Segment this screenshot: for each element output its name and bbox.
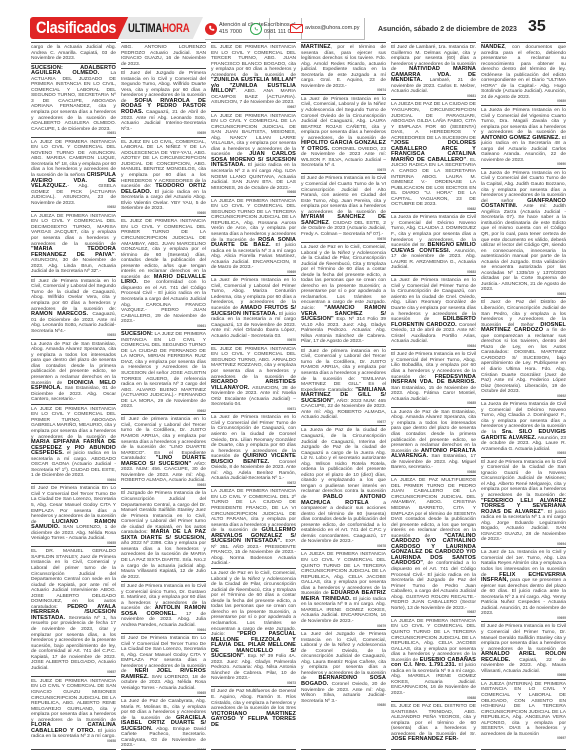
ad-text-pre: El Juez de Primera Instancia en lo Civil… — [31, 279, 116, 312]
ad-code: 00696 — [481, 674, 566, 678]
classified-ad: El Juez de Primera Instancia en lo Civil… — [121, 581, 206, 633]
classified-ad: NANDEZ, con documentos que acredita para… — [481, 42, 566, 105]
ad-text-pre: La Juez del Juzgado de Primera Instancia… — [301, 632, 386, 681]
ad-text-post: año 2022 Nº 2398. Cita y emplaza por ses… — [121, 541, 206, 579]
classified-ad: La Jueza de Primera Instancia de Civil y… — [481, 399, 566, 456]
classified-ad: cargo de la Actuaria Judicial Abg. Andre… — [31, 42, 116, 63]
ad-code: 00658 — [31, 740, 116, 744]
ad-code: 00661 — [121, 325, 206, 329]
classified-ad: LA JUEZ DE PRIMERA INSTANCIA EN LO CIVIL… — [31, 137, 116, 211]
classified-ad: El Juez de Paz Multifueros de General E.… — [211, 686, 296, 729]
ad-text-post: , por el término de sesenta días, para e… — [301, 45, 386, 89]
classified-ad: La Jueza de Primera Instancia en lo Civi… — [481, 105, 566, 168]
ad-code: 00675 — [301, 169, 386, 173]
ad-deceased-name: NANDEZ — [481, 44, 505, 50]
classified-ad: LA JUEZA DE PRIMERA INSTANCIA EN LO CIVI… — [301, 549, 386, 629]
ad-text-pre: La Juez de Paz en lo Civil, Comercial, L… — [301, 245, 386, 311]
page-header: Clasificados ULTIMAHORA Atención al clie… — [0, 0, 580, 42]
classified-ad: LA JUEZA DE PAZ MULTIFUEROS DEL PRIMER T… — [391, 475, 476, 616]
classified-ad: LA JUEZA DE PRIMERA INSTANCIA EN LO CIVI… — [211, 196, 296, 276]
ad-code: 00681 — [391, 95, 476, 99]
whatsapp-icon — [250, 23, 262, 35]
classified-ad: EL JUEZ DE PAZ DEL DISTRITO DE SANTISIMA… — [391, 701, 476, 744]
classified-ad: El Juez de Primera Instancia en lo Civil… — [391, 349, 476, 406]
column-6: NANDEZ, con documentos que acredita para… — [481, 42, 566, 750]
classified-ad: El Juez de Paz del Distrito de Liberació… — [481, 297, 566, 399]
ad-deceased-name: SUCESION: — [121, 331, 153, 337]
ad-code: 00652 — [31, 206, 116, 210]
ad-text-post: La ACTUARIA DEL JUZGADO DE PRIMERA INSTA… — [31, 71, 116, 131]
classified-ad: La Juez de Paz de Carabyrata, Abg. María… — [121, 696, 206, 750]
section-title: Clasificados — [36, 17, 116, 39]
ad-code: 00684 — [391, 345, 476, 349]
classified-ad: La Juez de Primera Instancia en lo Civil… — [391, 275, 476, 349]
ad-code: 00673 — [211, 682, 296, 686]
classified-ad: ABG. ANTONIO LOURENZO PEDROZO Actuario J… — [121, 42, 206, 68]
ad-code: 00682 — [391, 208, 476, 212]
classified-ad: La Jueza de Paz de San Estanislao, Abog.… — [391, 407, 476, 476]
ad-code: 00669 — [211, 271, 296, 275]
classified-ad: La Jueza de Primera Instancia en lo Civi… — [481, 168, 566, 298]
ad-code: 00671 — [211, 408, 296, 412]
ad-text-pre: La Juez de Primera Instancia en lo Civil… — [301, 97, 386, 141]
ad-text-post: San Estanislao, 15 de Noviembre de 2023.… — [391, 386, 476, 402]
ad-code: 00665 — [121, 692, 206, 696]
ad-code: 00685 — [391, 402, 476, 406]
ad-text-pre: El Juez de Paz Multifueros de General E.… — [211, 689, 296, 711]
ad-text-pre: EL JUEZ DE PRIMERA INSTANCIA EN LO CIVIL… — [211, 347, 296, 380]
classified-ad: El Juez de Primera Instancia en lo Civil… — [481, 621, 566, 678]
ad-code: 00674 — [301, 89, 386, 93]
ad-text-pre: ABG. ANTONIO LOURENZO PEDROZO Actuario J… — [121, 45, 206, 67]
ad-text-pre: LA JUEZA DE PAZ MULTIFUEROS DEL PRIMER T… — [391, 478, 476, 538]
ad-text-pre: El Juez de Primera Instancia en lo Civil… — [481, 460, 566, 498]
classified-ad: EL DR. MANUEL GERALDO SAIFILDIN STANLEY,… — [31, 546, 116, 676]
classified-ad: LA JUEZA DE PRIMERA INSTANCIA EN LO CIVI… — [211, 486, 296, 568]
classified-ad: El Juez de primera instancia en lo Civil… — [301, 346, 386, 426]
ad-text-post: , con documentos que acredita para el ef… — [481, 45, 566, 100]
classified-ad: La Juez de Paz en lo Civil, Comercial, L… — [301, 242, 386, 346]
ad-text-pre: La Jueza de Primera Instancia en lo Civi… — [481, 108, 566, 135]
phone-icon — [205, 23, 217, 35]
ad-text-pre: cargo de la Actuaria Judicial Abg. Andre… — [31, 45, 116, 61]
classified-ad: LA JUEZ DE PRIMERA INSTANCIA EN LO CIVIL… — [211, 111, 296, 196]
classified-ad: La Jueza de Paz de San Estanislao, Abog.… — [31, 339, 116, 404]
ad-text-post: LA JUEZ DE PRIMERA INSTANCIA EN LO CIVIL… — [121, 332, 206, 409]
ad-code: 00651 — [31, 132, 116, 136]
classified-ad: EL JUEZ DE PRIMERA INSTANCIA EN LO CIVIL… — [211, 344, 296, 413]
classified-ad: EL JUEZ DE PRIMERA INSTANCIA EN LO CIVIL… — [31, 676, 116, 745]
ad-text-post: . EL JUICIO RADICA EN LA SECRETARIA A CA… — [391, 158, 476, 207]
ad-text-post: a fin de que comparezcan a reclamar sus … — [481, 328, 566, 394]
ad-text-pre: LA JUEZ DE PRIMERA INSTANCIA EN LO CIVIL… — [31, 407, 116, 440]
ad-text-post: a comparecer a deducir sus acciones dent… — [301, 501, 386, 545]
brand-logo: ULTIMAHORA — [128, 20, 189, 36]
ad-deceased-name: JOSE FERNANDEZ FER- — [391, 736, 458, 742]
ad-text-pre: EL JUEZ DE PRIMERA INSTANCIA EN LO CIVIL… — [121, 219, 206, 279]
classified-ad: SUCESION: ADALBERTO AGUILERA OLMEDO. La … — [31, 63, 116, 137]
ad-code: 00693 — [481, 452, 566, 456]
ad-text-pre: El Juez de Primera Instancia en lo Civil… — [301, 176, 386, 214]
ad-code: 00676 — [301, 238, 386, 242]
ad-text-post: De conformidad con lo dispuesto en el Ar… — [121, 280, 206, 324]
classified-ad: El Juez de Primera Instancia en lo Civil… — [31, 276, 116, 339]
classified-ad: SUCESION: LA JUEZ DE PRIMERA INSTANCIA E… — [121, 329, 206, 414]
email-icon — [290, 24, 303, 33]
ad-code: 00695 — [481, 617, 566, 621]
classified-ad: El Juez del Juzgado de Primera Instancia… — [121, 68, 206, 137]
ad-text-post: , de conformidad a lo dispuesto en el Ar… — [391, 561, 476, 610]
classified-ad: LA JUEZA (INTERINA) DE PRIMERA INSTANCIA… — [481, 679, 566, 742]
ad-text-pre: EL JUEZ DE PAZ DEL DISTRITO DE SANTISIMA… — [391, 704, 476, 737]
ad-text-pre: La Juez de Paz en lo Civil, Comercial, L… — [211, 571, 296, 637]
ad-code: 00667 — [211, 106, 296, 110]
ad-code: 00679 — [301, 625, 386, 629]
classified-ad: La Juez de 1a. Instancia en lo Civil y C… — [481, 547, 566, 621]
classified-ad: La Juez del Juzgado de Primera Instancia… — [301, 629, 386, 709]
ad-code: 00683 — [391, 271, 476, 275]
classified-ad: El Juez de Primera Instancia en lo Civil… — [481, 457, 566, 548]
classified-ad: La Jueza de Primera Instancia de Civil y… — [391, 212, 476, 275]
ad-code: 00692 — [481, 395, 566, 399]
ad-code: 00678 — [301, 545, 386, 549]
brand-logo-part1: ULTIMA — [128, 21, 162, 35]
ad-text-pre: EL DR. MANUEL GERALDO SAIFILDIN STANLEY,… — [31, 549, 116, 609]
ad-code: 00657 — [31, 671, 116, 675]
ad-deceased-name: "MARIA TEODORA FERNANDEZ DE PAIVA" — [31, 246, 116, 258]
classified-ad: MARTINEZ, por el término de sesenta días… — [301, 42, 386, 94]
ad-deceased-name: VICTORIANO MARTINEZ GAYOSO Y FELIPA TORR… — [211, 711, 296, 728]
classifieds-columns: cargo de la Actuaria Judicial Abg. Andre… — [31, 42, 566, 750]
ad-code: 00662 — [121, 410, 206, 414]
classified-ad: EL JUEZ EN LO CIVIL, COMERCIAL, LABORAL … — [121, 137, 206, 217]
ad-code: 00680 — [301, 704, 386, 708]
classified-ad: LA JUEZ DE PRIMERA INSTANCIA EN LO CIVIL… — [31, 404, 116, 484]
ad-deceased-name: ANTONIO GOMEZ GIMENEZ. — [481, 135, 560, 141]
column-4: MARTINEZ, por el término de sesenta días… — [301, 42, 386, 750]
classified-ad: El Juez De Primera Instancia En Lo Civil… — [121, 633, 206, 696]
classified-ad: La Juez de Primera Instancia en lo Civil… — [211, 275, 296, 344]
ad-code: 00660 — [121, 212, 206, 216]
classified-ad: EL JUEZ DE PRIMERA INSTANCIA EN LO CIVIL… — [211, 42, 296, 111]
ad-text-pre: EL JUEZ EN LO CIVIL, COMERCIAL, LABORAL … — [121, 140, 206, 189]
classified-ad: EL JUEZ DE PRIMERA INSTANCIA EN LO CIVIL… — [121, 216, 206, 329]
ad-code: 00664 — [121, 629, 206, 633]
ad-text-pre: El Juez de Primera Instancia en lo Civil… — [481, 624, 566, 651]
ad-code: 00689 — [481, 100, 566, 104]
ad-code: 00677 — [301, 421, 386, 425]
classified-ad: El Juez de primera instancia en lo Civil… — [121, 414, 206, 488]
classified-ad: El Juez de Primera Instancia en lo Civil… — [301, 173, 386, 242]
ad-text-post: Secretaria Nº 1, ha resuelto por provide… — [31, 616, 116, 671]
ad-text-pre: LA JUEZA (INTERINA) DE PRIMERA INSTANCIA… — [481, 682, 566, 737]
ad-text-post: El juicio radica en la secretaría Nº 9 a… — [391, 663, 476, 696]
ad-code: 00663 — [121, 484, 206, 488]
column-3: EL JUEZ DE PRIMERA INSTANCIA EN LO CIVIL… — [211, 42, 296, 750]
ad-code: 00690 — [481, 163, 566, 167]
ad-text-pre: LA JUEZA DE PAZ DE LA CIUDAD DE YAGUARON… — [391, 102, 476, 140]
ad-deceased-name: RAMON MARECOS. — [31, 311, 88, 317]
ad-text-post: . El juicio radica en la secretaría Nº 1… — [481, 510, 566, 543]
classified-ad: La Juez de Primera Instancia en lo Civil… — [211, 412, 296, 486]
classified-ad: LA JUEZA DE PRIMERA INSTANCIA EN LO CIVI… — [31, 211, 116, 276]
ad-code: 00659 — [121, 132, 206, 136]
column-2: ABG. ANTONIO LOURENZO PEDROZO Actuario J… — [121, 42, 206, 750]
ad-text-pre: EL JUEZ DE PRIMERA INSTANCIA EN LO CIVIL… — [211, 45, 296, 78]
ad-code: 00668 — [211, 191, 296, 195]
ad-text-post: Ante mí: Judith Angélica Zarza (Actuaria… — [481, 204, 566, 292]
ad-code: 00672 — [211, 482, 296, 486]
classified-ad: La Juez de Paz en lo Civil, Comercial, L… — [211, 568, 296, 686]
ad-code: 00666 — [121, 749, 206, 750]
classified-ad: LA JUEZA DE PAZ DE LA CIUDAD DE YAGUARON… — [391, 99, 476, 212]
ad-code: 00694 — [481, 543, 566, 547]
ad-code: 00688 — [391, 697, 476, 701]
ad-code: 00687 — [391, 611, 476, 615]
ad-deceased-name: "JOSE DOLORES CABALLERO ARCE Y FRANCISCA… — [391, 140, 476, 163]
classified-ad: La Juez de Primera Instancia en lo Civil… — [301, 94, 386, 174]
contact-email-value: avisos@uhora.com.py — [305, 25, 360, 31]
ad-code: 00655 — [31, 542, 116, 546]
ad-code: 00697 — [481, 737, 566, 741]
classified-ad: El Juzgado de Primera Instancia de la Ci… — [121, 488, 206, 581]
brand-logo-part2: HORA — [162, 21, 189, 35]
ad-code: 00691 — [481, 293, 566, 297]
ad-code: 00686 — [391, 471, 476, 475]
contact-phone-value: 415 7000 — [219, 29, 242, 35]
ad-text-pre: La Jueza de Paz de la ciudad de Caaguazú… — [301, 428, 386, 500]
column-5: El Juez de Lambaré, 1ra. Instancia Dr. G… — [391, 42, 476, 750]
classified-ad: El Juez de Lambaré, 1ra. Instancia Dr. G… — [391, 42, 476, 99]
ad-text-post: para que se presenten a ejercer sus dere… — [481, 578, 566, 616]
column-1: cargo de la Actuaria Judicial Abg. Andre… — [31, 42, 116, 750]
publication-date: Asunción, sábado 2 de diciembre de 2023 — [378, 26, 517, 33]
ad-code: 00653 — [31, 334, 116, 338]
classified-ad: La Jueza de Paz de la ciudad de Caaguazú… — [301, 425, 386, 549]
ad-text-pre: LA JUEZA DE PRIMERA INSTANCIA EN LO CIVI… — [31, 214, 116, 247]
ad-text-pre: EL JUEZ DE PRIMERA INSTANCIA EN LO CIVIL… — [31, 679, 116, 723]
contact-email[interactable]: avisos@uhora.com.py — [290, 18, 365, 40]
page-number: 35 — [528, 18, 546, 36]
classified-ad: El Juez De Primera Instancia En Lo Civil… — [31, 483, 116, 546]
ad-code: 00670 — [211, 339, 296, 343]
classified-ad: LA JUEZA DE PRIMERA INSTANCIA EN LO CIVI… — [391, 616, 476, 701]
ad-code: 00654 — [31, 479, 116, 483]
ad-deceased-name: MARTINEZ — [301, 44, 331, 50]
